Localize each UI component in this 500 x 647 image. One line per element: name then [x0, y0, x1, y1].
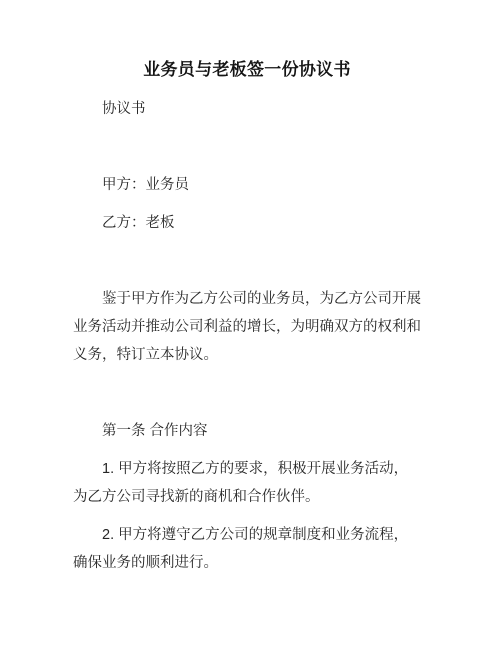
- document-body: 协议书甲方：业务员乙方：老板鉴于甲方作为乙方公司的业务员，为乙方公司开展业务活动…: [73, 95, 421, 577]
- paragraph: 协议书: [73, 95, 421, 123]
- paragraph: 1. 甲方将按照乙方的要求，积极开展业务活动，为乙方公司寻找新的商机和合作伙伴。: [73, 455, 421, 511]
- blank-line: [73, 379, 421, 407]
- paragraph: 2. 甲方将遵守乙方公司的规章制度和业务流程，确保业务的顺利进行。: [73, 521, 421, 577]
- document-title: 业务员与老板签一份协议书: [73, 58, 421, 82]
- blank-line: [73, 133, 421, 161]
- paragraph: 乙方：老板: [73, 209, 421, 237]
- document-page: 业务员与老板签一份协议书 协议书甲方：业务员乙方：老板鉴于甲方作为乙方公司的业务…: [0, 0, 500, 647]
- paragraph: 鉴于甲方作为乙方公司的业务员，为乙方公司开展业务活动并推动公司利益的增长，为明确…: [73, 285, 421, 369]
- paragraph: 第一条 合作内容: [73, 417, 421, 445]
- blank-line: [73, 247, 421, 275]
- paragraph: 甲方：业务员: [73, 171, 421, 199]
